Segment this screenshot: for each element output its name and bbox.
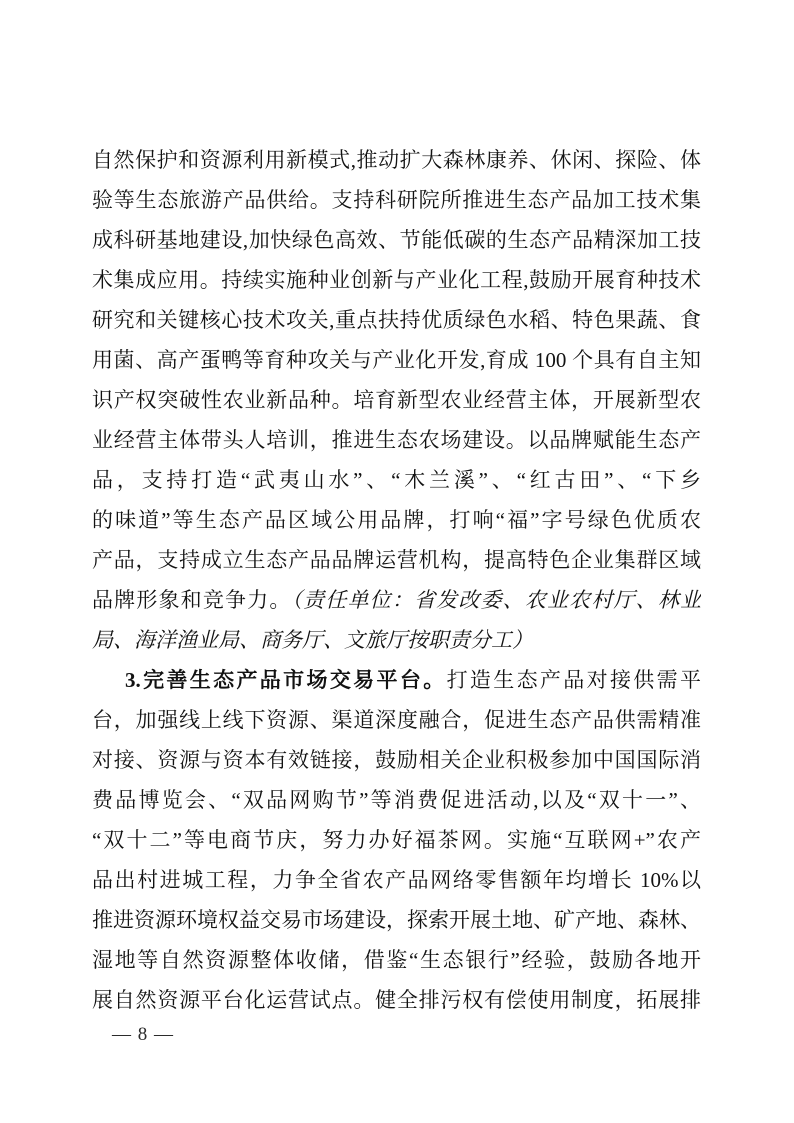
text-segment: 验等生态旅游产品供给。支持科研院所推进生态产品加工技术集 [92, 188, 701, 212]
text-line: 品牌形象和竞争力。（责任单位：省发改委、农业农村厅、林业 [92, 580, 701, 620]
text-segment: 湿地等自然资源整体收储，借鉴“生态银行”经验，鼓励各地开 [92, 948, 701, 972]
text-line: 自然保护和资源利用新模式,推动扩大森林康养、休闲、探险、体 [92, 140, 701, 180]
text-segment: 用菌、高产蛋鸭等育种攻关与产业化开发,育成 100 个具有自主知 [92, 348, 701, 372]
text-line: 验等生态旅游产品供给。支持科研院所推进生态产品加工技术集 [92, 180, 701, 220]
text-segment: 局、海洋渔业局、商务厅、文旅厅按职责分工） [92, 628, 533, 652]
document-body: 自然保护和资源利用新模式,推动扩大森林康养、休闲、探险、体验等生态旅游产品供给。… [92, 140, 701, 1020]
text-segment: 展自然资源平台化运营试点。健全排污权有偿使用制度，拓展排 [92, 988, 701, 1012]
text-line: 湿地等自然资源整体收储，借鉴“生态银行”经验，鼓励各地开 [92, 940, 701, 980]
page-number: — 8 — [112, 1024, 174, 1045]
text-line: 成科研基地建设,加快绿色高效、节能低碳的生态产品精深加工技 [92, 220, 701, 260]
text-segment: 术集成应用。持续实施种业创新与产业化工程,鼓励开展育种技术 [92, 268, 701, 292]
text-line: 用菌、高产蛋鸭等育种攻关与产业化开发,育成 100 个具有自主知 [92, 340, 701, 380]
text-line: 3.完善生态产品市场交易平台。打造生态产品对接供需平 [92, 660, 701, 700]
text-line: 对接、资源与资本有效链接，鼓励相关企业积极参加中国国际消 [92, 740, 701, 780]
text-segment: 台，加强线上线下资源、渠道深度融合，促进生态产品供需精准 [92, 708, 701, 732]
text-line: 的味道”等生态产品区域公用品牌，打响“福”字号绿色优质农 [92, 500, 701, 540]
text-segment: 自然保护和资源利用新模式,推动扩大森林康养、休闲、探险、体 [92, 148, 701, 172]
text-line: 业经营主体带头人培训，推进生态农场建设。以品牌赋能生态产 [92, 420, 701, 460]
text-line: 台，加强线上线下资源、渠道深度融合，促进生态产品供需精准 [92, 700, 701, 740]
text-line: 推进资源环境权益交易市场建设，探索开展土地、矿产地、森林、 [92, 900, 701, 940]
text-segment: 识产权突破性农业新品种。培育新型农业经营主体，开展新型农 [92, 388, 701, 412]
text-line: 品出村进城工程，力争全省农产品网络零售额年均增长 10%以上。 [92, 860, 701, 900]
text-line: 展自然资源平台化运营试点。健全排污权有偿使用制度，拓展排 [92, 980, 701, 1020]
text-line: 局、海洋渔业局、商务厅、文旅厅按职责分工） [92, 620, 701, 660]
text-segment: 产品，支持成立生态产品品牌运营机构，提高特色企业集群区域 [92, 548, 701, 572]
text-segment: 对接、资源与资本有效链接，鼓励相关企业积极参加中国国际消 [92, 748, 701, 772]
text-segment: 费品博览会、“双品网购节”等消费促进活动,以及“双十一”、 [92, 788, 701, 812]
text-segment: 推进资源环境权益交易市场建设，探索开展土地、矿产地、森林、 [92, 908, 701, 932]
document-page: 自然保护和资源利用新模式,推动扩大森林康养、休闲、探险、体验等生态旅游产品供给。… [0, 0, 794, 1123]
page-footer: — 8 — [112, 1023, 174, 1047]
text-line: 产品，支持成立生态产品品牌运营机构，提高特色企业集群区域 [92, 540, 701, 580]
text-segment: （责任单位：省发改委、农业农村厅、林业 [292, 588, 702, 612]
text-line: 费品博览会、“双品网购节”等消费促进活动,以及“双十一”、 [92, 780, 701, 820]
text-segment: 成科研基地建设,加快绿色高效、节能低碳的生态产品精深加工技 [92, 228, 701, 252]
text-line: 品，支持打造“武夷山水”、“木兰溪”、“红古田”、“下乡 [92, 460, 701, 500]
text-line: 术集成应用。持续实施种业创新与产业化工程,鼓励开展育种技术 [92, 260, 701, 300]
text-segment: 研究和关键核心技术攻关,重点扶持优质绿色水稻、特色果蔬、食 [92, 308, 701, 332]
text-segment: 的味道”等生态产品区域公用品牌，打响“福”字号绿色优质农 [92, 508, 701, 532]
text-segment: 品，支持打造“武夷山水”、“木兰溪”、“红古田”、“下乡 [92, 468, 701, 492]
text-segment: 打造生态产品对接供需平 [447, 668, 701, 692]
text-segment: 业经营主体带头人培训，推进生态农场建设。以品牌赋能生态产 [92, 428, 701, 452]
text-segment: 3.完善生态产品市场交易平台。 [125, 668, 447, 692]
text-segment: 品出村进城工程，力争全省农产品网络零售额年均增长 10%以上。 [92, 868, 701, 900]
text-segment: “双十二”等电商节庆，努力办好福茶网。实施“互联网+”农产 [92, 828, 701, 852]
text-line: 研究和关键核心技术攻关,重点扶持优质绿色水稻、特色果蔬、食 [92, 300, 701, 340]
text-segment: 品牌形象和竞争力。 [92, 588, 292, 612]
text-line: “双十二”等电商节庆，努力办好福茶网。实施“互联网+”农产 [92, 820, 701, 860]
text-line: 识产权突破性农业新品种。培育新型农业经营主体，开展新型农 [92, 380, 701, 420]
